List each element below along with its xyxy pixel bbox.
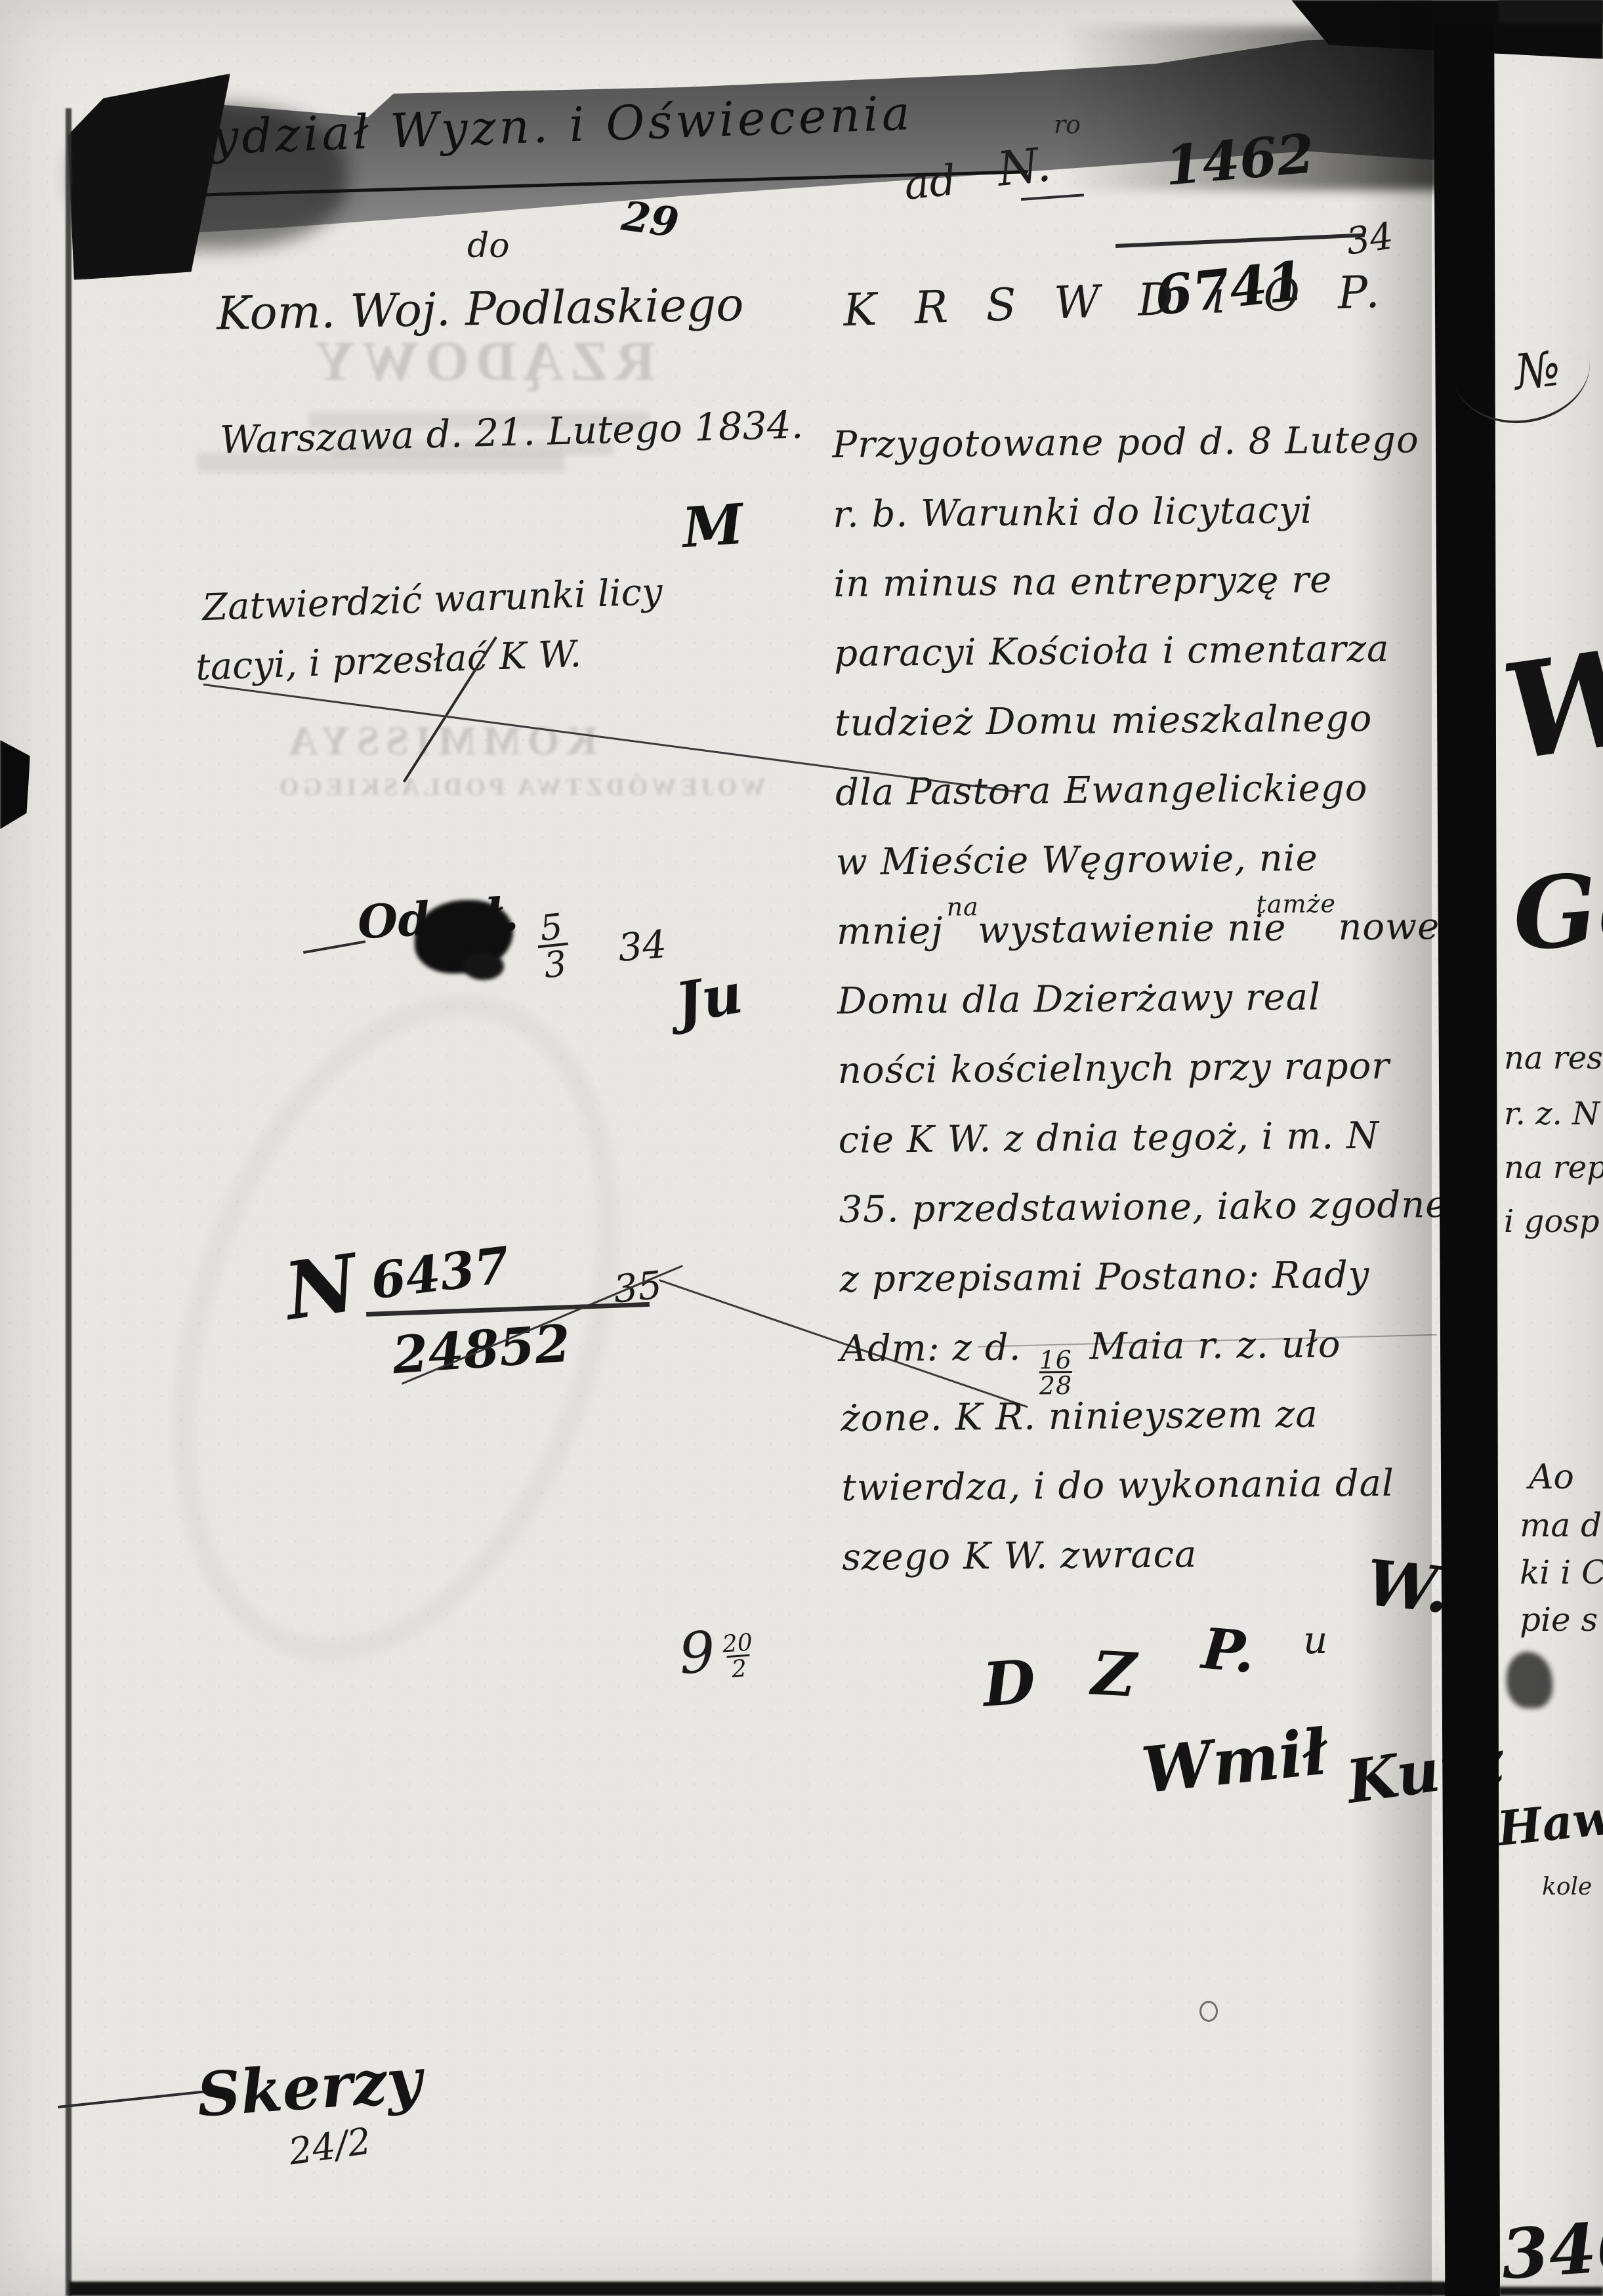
next-page-text-fragment: r. z. N [1504,1096,1600,1132]
next-page-text-fragment: na rep [1504,1149,1603,1186]
dispatch-month: 3 [538,943,572,983]
next-page-text-fragment: na rest [1504,1040,1603,1076]
body-text: wystawienie nie [978,907,1287,952]
folio-mark-29: 29 [619,192,682,247]
next-page-text-fragment: Ao [1529,1458,1574,1497]
date-fraction-bottom: 28 [1039,1371,1073,1397]
next-page-bottom-shadow [1499,2287,1603,2296]
next-page-signature-fragment: Haw [1495,1789,1603,1856]
clerk-initial: u [1303,1618,1327,1662]
dateline: Warszawa d. 21. Lutego 1834. [219,402,804,462]
document-scan: RZĄDOWY KOMMISSYA WOJEWÓDZTWA PODLASKIEG… [0,0,1603,2296]
body-text: mniej [837,910,944,953]
addressee-line: Kom. Woj. Podlaskiego [216,277,744,340]
date-fraction-top: 16 [1039,1349,1072,1372]
next-page-text-fragment: pie s [1520,1601,1598,1639]
body-text: Adm: z d. [840,1326,1022,1370]
dateline-monogram: M [680,491,746,560]
next-page-heading-initial: Wy [1494,607,1603,791]
decree-note-line1: Zatwierdzić warunki licy [201,571,663,629]
small-ring-mark [1199,2001,1218,2022]
left-margin-notch [0,740,30,829]
ref-no-label: N. [995,136,1054,197]
recipient-abbreviation: K R S W D i O P. [843,266,1387,337]
registry-number: 9 [677,1619,718,1687]
next-page-text-fragment: ma d [1520,1506,1602,1544]
clerk-signature: Skerzy [195,2044,425,2131]
decree-note-line2: tacyi, i przesłać K W. [195,633,582,689]
next-page-text-fragment: i gosp [1504,1203,1600,1240]
interlinear-insert: na [946,892,979,921]
signature-first: Wmił [1138,1715,1331,1808]
next-page-folio-number: 346 [1499,2205,1603,2295]
registry-fraction-top: 20 [718,1631,757,1656]
clerk-lead-stroke [58,2090,209,2108]
interlinear-insert: tamże [1256,889,1336,918]
next-page-heading-initial: Ge [1509,848,1603,973]
next-page-ink-smudge [1507,1652,1552,1708]
ref-fraction-bar [1115,233,1365,248]
file-number-side: 35 [612,1262,665,1311]
ref-number-top: 1462 [1162,122,1317,198]
addressee-do: do [467,226,510,266]
registry-fraction-bottom: 2 [727,1654,752,1682]
clerk-initial: P. [1199,1616,1258,1687]
bottom-edge-shadow [69,2282,1481,2296]
dispatch-flourish: Ju [671,960,747,1036]
body-text: Maia r. z. uło [1089,1323,1341,1368]
ref-no-underline [1021,194,1084,201]
next-page-top-shadow [1499,0,1603,24]
dispatch-day: 5 [534,909,568,946]
ref-no-superscript: ro [1054,110,1081,139]
ref-ad-label: ad [902,156,958,210]
clerk-initial: D [980,1646,1037,1720]
next-page-small-fragment: kole [1542,1874,1592,1900]
dispatch-year: 34 [616,922,668,970]
clerk-signature-date: 24/2 [286,2120,374,2174]
registry-mark: 9 20 2 [677,1616,759,1687]
ghost-letterhead-voivodeship: WOJEWÓDZTWA PODLASKIEGO [276,773,766,802]
left-page-edge-shadow [66,108,72,2296]
date-fraction: 16 28 [1039,1349,1072,1397]
file-number-n: N [280,1237,364,1338]
clerk-initial: Z [1090,1637,1138,1710]
next-page-text-fragment: ki i C [1520,1553,1603,1591]
dispatch-lead-dash [303,940,365,954]
ink-blot-small [463,953,504,980]
dispatch-date-fraction: 5 3 [534,909,572,983]
page-curvature-shade [1352,0,1432,2296]
